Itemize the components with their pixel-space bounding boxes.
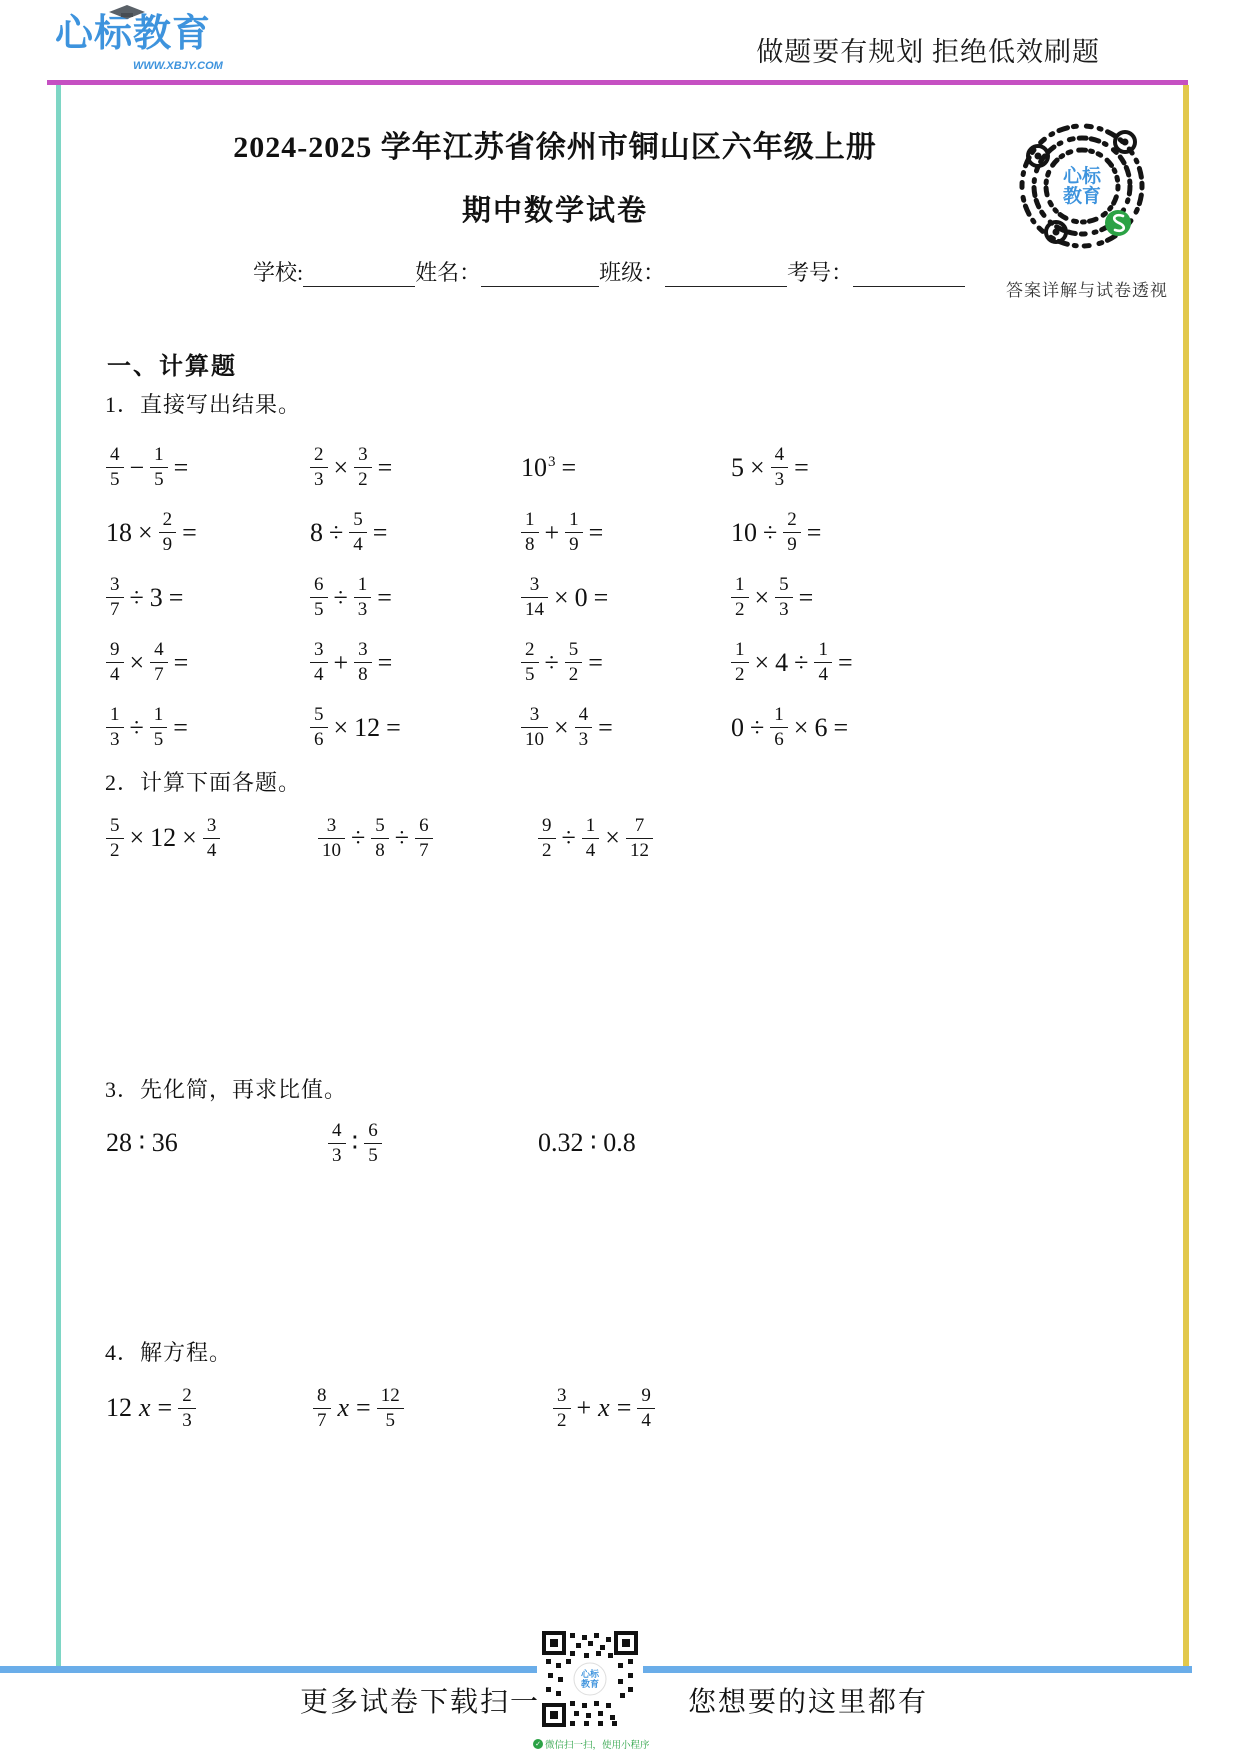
math-expression: 94×47= (103, 640, 307, 685)
examno-blank (853, 262, 965, 287)
math-expression: 23×32= (307, 445, 518, 490)
math-expression: 45−15= (103, 445, 307, 490)
q1-row-4: 94×47= 34+38= 25÷52= 12×4÷14= (0, 630, 1180, 695)
math-expression: 12x=23 (103, 1386, 310, 1431)
math-expression: 34+38= (307, 640, 518, 685)
q4-row: 12x=23 87x=125 32+x=94 (0, 1378, 1240, 1438)
school-label: 学校: (253, 256, 303, 287)
q1-row-2: 18×29= 8÷54= 18+19= 10÷29= (0, 500, 1180, 565)
q1-row-5: 13÷15= 56×12= 310×43= 0÷16×6= (0, 695, 1180, 760)
school-blank (303, 262, 415, 287)
q1-rows: 45−15= 23×32= 103= 5×43= 18×29= 8÷54= 18… (0, 435, 1180, 760)
qr-bottom-logo-line2: 教育 (580, 1678, 599, 1689)
section-heading-calculation: 一、计算题 (107, 346, 237, 381)
math-expression: 310×43= (518, 705, 728, 750)
math-expression: 25÷52= (518, 640, 728, 685)
math-expression: 314×0= (518, 575, 728, 620)
examno-label: 考号： (787, 256, 853, 287)
math-expression: 12×53= (728, 575, 1180, 620)
qr-bottom-logo-line1: 心标 (580, 1668, 600, 1679)
logo: 心标教育 WWW.XBJY.COM (55, 8, 315, 78)
math-expression: 10÷29= (728, 510, 1180, 555)
math-expression: 0.32 ∶ 0.8 (535, 1130, 1240, 1156)
class-label: 班级： (599, 256, 665, 287)
q3-row: 28 ∶ 36 43∶65 0.32 ∶ 0.8 (0, 1113, 1240, 1173)
qr-top-logo-line1: 心标 (1063, 164, 1102, 187)
footer-left-text: 更多试卷下载扫一扫 (300, 1680, 570, 1720)
download-qr-code: 心标 教育 (537, 1626, 643, 1737)
math-expression: 5×43= (728, 445, 1180, 490)
qr-bottom-caption-text: 微信扫一扫，使用小程序 (545, 1737, 650, 1751)
name-label: 姓名： (415, 256, 481, 287)
math-expression: 28 ∶ 36 (103, 1130, 325, 1156)
qr-top-caption: 答案详解与试卷透视 (1006, 276, 1168, 301)
q1-row-3: 37÷3= 65÷13= 314×0= 12×53= (0, 565, 1180, 630)
math-expression: 32+x=94 (550, 1386, 1240, 1431)
q2-row: 52×12×34 310÷58÷67 92÷14×712 (0, 808, 1240, 868)
qr-top-logo-line2: 教育 (1063, 184, 1101, 207)
math-expression: 103= (518, 455, 728, 481)
exam-title-line1: 2024-2025 学年江苏省徐州市铜山区六年级上册 (0, 122, 1110, 166)
footer-right-text: 您想要的这里都有 (688, 1680, 928, 1720)
math-expression: 18+19= (518, 510, 728, 555)
q1-label: 1．直接写出结果。 (105, 388, 301, 419)
q1-row-1: 45−15= 23×32= 103= 5×43= (0, 435, 1180, 500)
math-expression: 52×12×34 (103, 816, 315, 861)
math-expression: 18×29= (103, 510, 307, 555)
student-info-line: 学校: 姓名： 班级： 考号： (253, 256, 965, 287)
graduation-cap-icon (107, 4, 147, 20)
math-expression: 0÷16×6= (728, 705, 1180, 750)
name-blank (481, 262, 599, 287)
qr-bottom-caption: ✓ 微信扫一扫，使用小程序 (533, 1737, 653, 1751)
exam-title-line2: 期中数学试卷 (0, 188, 1110, 229)
math-expression: 65÷13= (307, 575, 518, 620)
math-expression: 56×12= (307, 705, 518, 750)
math-expression: 12×4÷14= (728, 640, 1180, 685)
math-expression: 310÷58÷67 (315, 816, 535, 861)
logo-url: WWW.XBJY.COM (133, 60, 223, 72)
math-expression: 87x=125 (310, 1386, 550, 1431)
math-expression: 37÷3= (103, 575, 307, 620)
q3-label: 3．先化简，再求比值。 (105, 1073, 347, 1104)
q2-label: 2．计算下面各题。 (105, 766, 301, 797)
math-expression: 8÷54= (307, 510, 518, 555)
answer-qr-code: 心标 教育 (1012, 116, 1152, 261)
class-blank (665, 262, 787, 287)
header-slogan: 做题要有规划 拒绝低效刷题 (756, 30, 1100, 69)
math-expression: 92÷14×712 (535, 816, 1240, 861)
math-expression: 43∶65 (325, 1121, 535, 1166)
math-expression: 13÷15= (103, 705, 307, 750)
top-border-line (47, 80, 1188, 85)
q4-label: 4．解方程。 (105, 1336, 232, 1367)
wechat-scan-icon: ✓ (533, 1739, 543, 1749)
